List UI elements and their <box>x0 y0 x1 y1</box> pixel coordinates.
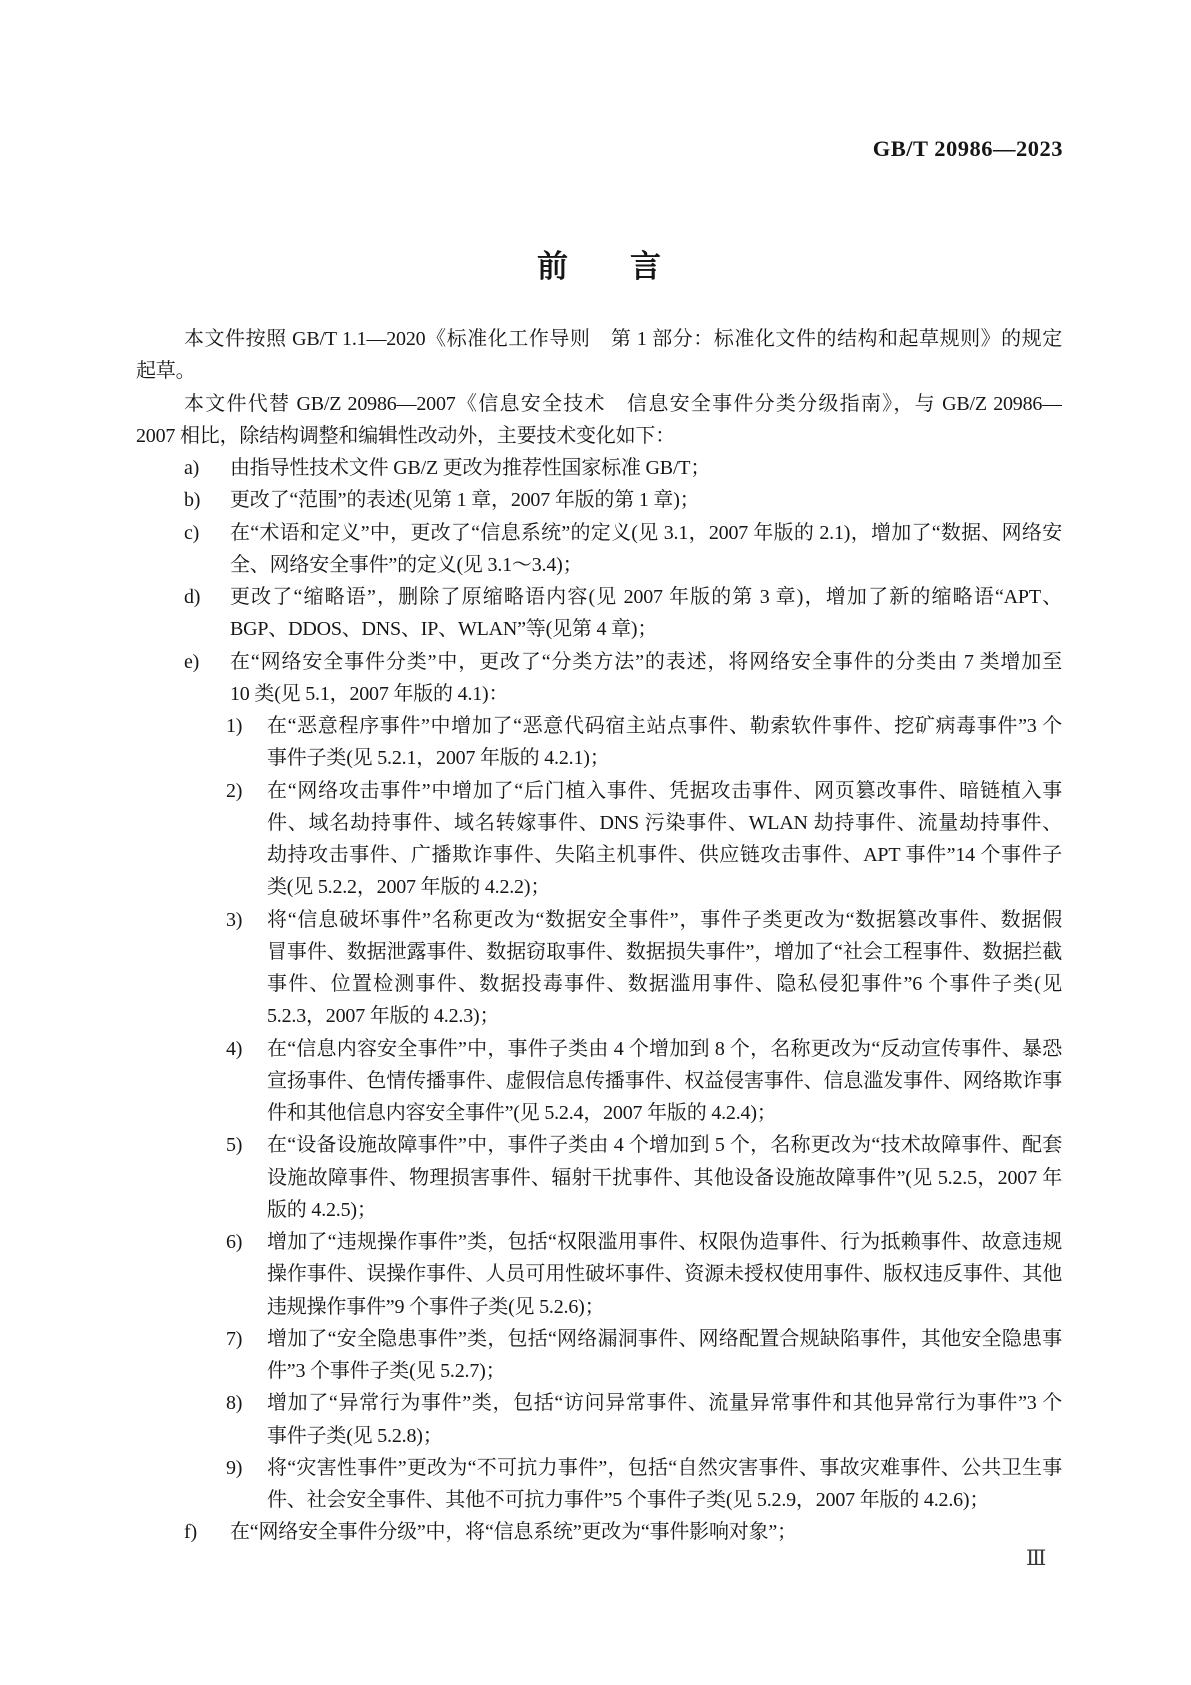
sub-list-item-text: 在“恶意程序事件”中增加了“恶意代码宿主站点事件、勒索软件事件、挖矿病毒事件”3… <box>267 715 1062 737</box>
sub-list-item-text: 在“设备设施故障事件”中，事件子类由 4 个增加到 5 个，名称更改为“技术故障… <box>267 1134 1062 1156</box>
paragraph-line: 本文件代替 GB/Z 20986—2007《信息安全技术 信息安全事件分类分级指… <box>136 388 1062 420</box>
sub-list-item-8-line: 事件子类(见 5.2.8)； <box>136 1420 1062 1452</box>
sub-list-item-text: 增加了“安全隐患事件”类，包括“网络漏洞事件、网络配置合规缺陷事件，其他安全隐患… <box>267 1328 1062 1350</box>
page-title: 前 言 <box>136 241 1062 286</box>
sub-list-item-8: 8)增加了“异常行为事件”类，包括“访问异常事件、流量异常事件和其他异常行为事件… <box>136 1387 1062 1419</box>
list-item-a: a)由指导性技术文件 GB/Z 更改为推荐性国家标准 GB/T； <box>136 452 1062 484</box>
body-text: 本文件按照 GB/T 1.1—2020《标准化工作导则 第 1 部分：标准化文件… <box>136 323 1062 1549</box>
list-item-label: e) <box>184 646 199 678</box>
sub-list-item-label: 7) <box>226 1323 242 1355</box>
list-item-text: 在“术语和定义”中，更改了“信息系统”的定义(见 3.1，2007 年版的 2.… <box>230 522 1062 544</box>
sub-list-item-2-line: 件、域名劫持事件、域名转嫁事件、DNS 污染事件、WLAN 劫持事件、流量劫持事… <box>136 807 1062 839</box>
list-item-d-line: BGP、DDOS、DNS、IP、WLAN”等(见第 4 章)； <box>136 613 1062 645</box>
sub-list-item-1: 1)在“恶意程序事件”中增加了“恶意代码宿主站点事件、勒索软件事件、挖矿病毒事件… <box>136 710 1062 742</box>
list-item-label: d) <box>184 581 200 613</box>
doc-number: GB/T 20986—2023 <box>873 136 1063 162</box>
sub-list-item-text: 增加了“违规操作事件”类，包括“权限滥用事件、权限伪造事件、行为抵赖事件、故意违… <box>267 1231 1062 1253</box>
list-item-f: f)在“网络安全事件分级”中，将“信息系统”更改为“事件影响对象”； <box>136 1516 1062 1548</box>
sub-list-item-2-line: 劫持攻击事件、广播欺诈事件、失陷主机事件、供应链攻击事件、APT 事件”14 个… <box>136 839 1062 871</box>
sub-list-item-6-line: 违规操作事件”9 个事件子类(见 5.2.6)； <box>136 1291 1062 1323</box>
sub-list-item-2: 2)在“网络攻击事件”中增加了“后门植入事件、凭据攻击事件、网页篡改事件、暗链植… <box>136 775 1062 807</box>
list-item-text: 在“网络安全事件分类”中，更改了“分类方法”的表述，将网络安全事件的分类由 7 … <box>230 651 1062 673</box>
sub-list-item-4-line: 宣扬事件、色情传播事件、虚假信息传播事件、权益侵害事件、信息滥发事件、网络欺诈事 <box>136 1065 1062 1097</box>
list-item-c-line: 全、网络安全事件”的定义(见 3.1～3.4)； <box>136 549 1062 581</box>
list-item-text: 由指导性技术文件 GB/Z 更改为推荐性国家标准 GB/T； <box>230 457 710 479</box>
list-item-text: 在“网络安全事件分级”中，将“信息系统”更改为“事件影响对象”； <box>230 1521 797 1543</box>
sub-list-item-text: 在“网络攻击事件”中增加了“后门植入事件、凭据攻击事件、网页篡改事件、暗链植入事 <box>267 780 1062 802</box>
sub-list-item-text: 将“信息破坏事件”名称更改为“数据安全事件”，事件子类更改为“数据篡改事件、数据… <box>267 909 1062 931</box>
sub-list-item-6: 6)增加了“违规操作事件”类，包括“权限滥用事件、权限伪造事件、行为抵赖事件、故… <box>136 1226 1062 1258</box>
sub-list-item-7-line: 件”3 个事件子类(见 5.2.7)； <box>136 1355 1062 1387</box>
sub-list-item-label: 5) <box>226 1129 242 1161</box>
sub-list-item-label: 3) <box>226 904 242 936</box>
sub-list-item-9: 9)将“灾害性事件”更改为“不可抗力事件”，包括“自然灾害事件、事故灾难事件、公… <box>136 1452 1062 1484</box>
sub-list-item-5: 5)在“设备设施故障事件”中，事件子类由 4 个增加到 5 个，名称更改为“技术… <box>136 1129 1062 1161</box>
sub-list-item-6-line: 操作事件、误操作事件、人员可用性破坏事件、资源未授权使用事件、版权违反事件、其他 <box>136 1258 1062 1290</box>
list-item-e: e)在“网络安全事件分类”中，更改了“分类方法”的表述，将网络安全事件的分类由 … <box>136 646 1062 678</box>
list-item-label: f) <box>184 1516 197 1548</box>
sub-list-item-5-line: 版的 4.2.5)； <box>136 1194 1062 1226</box>
sub-list-item-label: 8) <box>226 1387 242 1419</box>
sub-list-item-text: 将“灾害性事件”更改为“不可抗力事件”，包括“自然灾害事件、事故灾难事件、公共卫… <box>267 1457 1062 1479</box>
paragraph-line: 本文件按照 GB/T 1.1—2020《标准化工作导则 第 1 部分：标准化文件… <box>136 323 1062 355</box>
sub-list-item-2-line: 类(见 5.2.2，2007 年版的 4.2.2)； <box>136 871 1062 903</box>
list-item-label: c) <box>184 517 199 549</box>
sub-list-item-5-line: 设施故障事件、物理损害事件、辐射干扰事件、其他设备设施故障事件”(见 5.2.5… <box>136 1162 1062 1194</box>
sub-list-item-text: 在“信息内容安全事件”中，事件子类由 4 个增加到 8 个，名称更改为“反动宣传… <box>267 1038 1062 1060</box>
sub-list-item-4: 4)在“信息内容安全事件”中，事件子类由 4 个增加到 8 个，名称更改为“反动… <box>136 1033 1062 1065</box>
page-number: Ⅲ <box>1026 1546 1046 1571</box>
sub-list-item-3: 3)将“信息破坏事件”名称更改为“数据安全事件”，事件子类更改为“数据篡改事件、… <box>136 904 1062 936</box>
list-item-text: 更改了“范围”的表述(见第 1 章，2007 年版的第 1 章)； <box>230 489 699 511</box>
sub-list-item-4-line: 件和其他信息内容安全事件”(见 5.2.4，2007 年版的 4.2.4)； <box>136 1097 1062 1129</box>
list-item-b: b)更改了“范围”的表述(见第 1 章，2007 年版的第 1 章)； <box>136 484 1062 516</box>
sub-list-item-3-line: 冒事件、数据泄露事件、数据窃取事件、数据损失事件”，增加了“社会工程事件、数据拦… <box>136 936 1062 968</box>
sub-list-item-label: 4) <box>226 1033 242 1065</box>
sub-list-item-label: 1) <box>226 710 242 742</box>
sub-list-item-label: 6) <box>226 1226 242 1258</box>
paragraph-line: 2007 相比，除结构调整和编辑性改动外，主要技术变化如下： <box>136 420 1062 452</box>
sub-list-item-3-line: 5.2.3，2007 年版的 4.2.3)； <box>136 1000 1062 1032</box>
paragraph-line: 起草。 <box>136 355 1062 387</box>
sub-list-item-label: 9) <box>226 1452 242 1484</box>
sub-list-item-7: 7)增加了“安全隐患事件”类，包括“网络漏洞事件、网络配置合规缺陷事件，其他安全… <box>136 1323 1062 1355</box>
sub-list-item-9-line: 件、社会安全事件、其他不可抗力事件”5 个事件子类(见 5.2.9，2007 年… <box>136 1484 1062 1516</box>
list-item-e-line: 10 类(见 5.1，2007 年版的 4.1)： <box>136 678 1062 710</box>
list-item-d: d)更改了“缩略语”，删除了原缩略语内容(见 2007 年版的第 3 章)，增加… <box>136 581 1062 613</box>
sub-list-item-label: 2) <box>226 775 242 807</box>
list-item-label: b) <box>184 484 200 516</box>
sub-list-item-1-line: 事件子类(见 5.2.1，2007 年版的 4.2.1)； <box>136 742 1062 774</box>
sub-list-item-3-line: 事件、位置检测事件、数据投毒事件、数据滥用事件、隐私侵犯事件”6 个事件子类(见 <box>136 968 1062 1000</box>
sub-list-item-text: 增加了“异常行为事件”类，包括“访问异常事件、流量异常事件和其他异常行为事件”3… <box>267 1392 1062 1414</box>
list-item-text: 更改了“缩略语”，删除了原缩略语内容(见 2007 年版的第 3 章)，增加了新… <box>230 586 1062 608</box>
document-page: GB/T 20986—2023 前 言 本文件按照 GB/T 1.1—2020《… <box>0 0 1191 1685</box>
list-item-label: a) <box>184 452 199 484</box>
list-item-c: c)在“术语和定义”中，更改了“信息系统”的定义(见 3.1，2007 年版的 … <box>136 517 1062 549</box>
